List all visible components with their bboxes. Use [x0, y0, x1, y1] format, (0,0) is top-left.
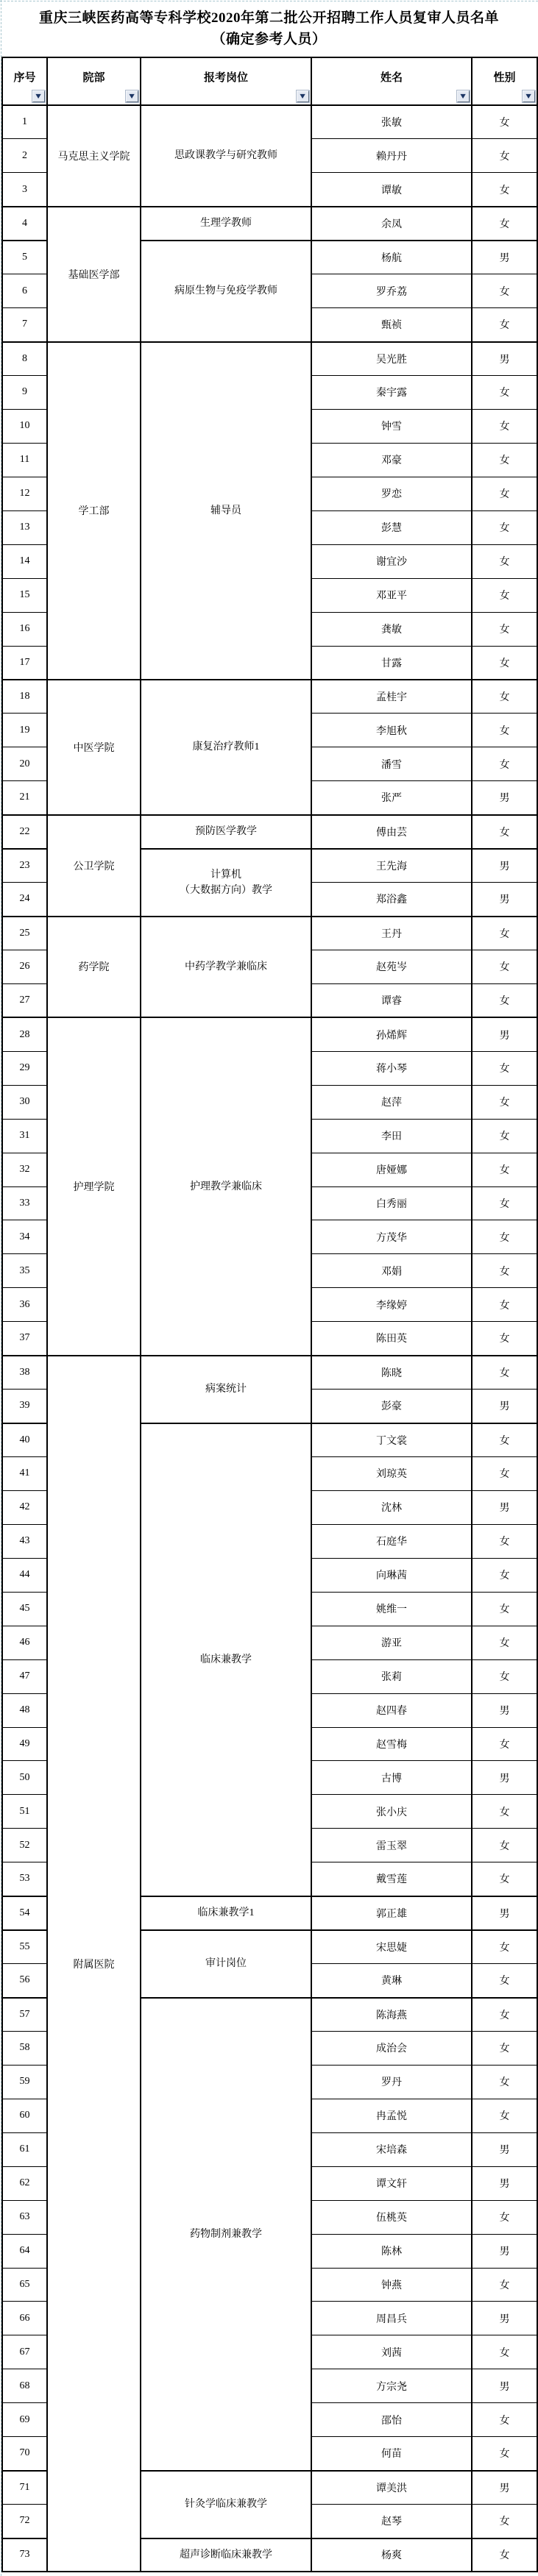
row-number-cell[interactable]: 37: [2, 1322, 47, 1356]
row-number-cell[interactable]: 57: [2, 1998, 47, 2032]
name-cell[interactable]: 张小庆: [311, 1795, 472, 1829]
row-number-cell[interactable]: 70: [2, 2437, 47, 2471]
gender-cell[interactable]: 女: [472, 1356, 537, 1390]
position-cell[interactable]: 超声诊断临床兼教学: [141, 2538, 311, 2572]
gender-cell[interactable]: 女: [472, 1558, 537, 1592]
department-cell[interactable]: 药学院: [47, 917, 141, 1018]
name-cell[interactable]: 邓亚平: [311, 578, 472, 612]
row-number-cell[interactable]: 29: [2, 1051, 47, 1085]
name-cell[interactable]: 何苗: [311, 2437, 472, 2471]
gender-cell[interactable]: 女: [472, 1626, 537, 1659]
gender-cell[interactable]: 女: [472, 917, 537, 950]
row-number-cell[interactable]: 26: [2, 950, 47, 983]
name-cell[interactable]: 李旭秋: [311, 714, 472, 747]
row-number-cell[interactable]: 13: [2, 510, 47, 544]
column-header-label: 院部: [48, 69, 140, 85]
name-cell[interactable]: 成治会: [311, 2031, 472, 2065]
name-cell[interactable]: 游亚: [311, 1626, 472, 1659]
name-cell[interactable]: 罗恋: [311, 477, 472, 510]
name-cell[interactable]: 王丹: [311, 917, 472, 950]
gender-cell[interactable]: 男: [472, 781, 537, 815]
row-number-cell[interactable]: 60: [2, 2099, 47, 2132]
gender-cell[interactable]: 女: [472, 2031, 537, 2065]
row-number-cell[interactable]: 3: [2, 173, 47, 207]
position-cell[interactable]: 临床兼教学1: [141, 1896, 311, 1930]
row-number-cell[interactable]: 21: [2, 781, 47, 815]
gender-cell[interactable]: 女: [472, 105, 537, 139]
gender-cell[interactable]: 女: [472, 2538, 537, 2572]
column-header-label: 序号: [3, 69, 46, 85]
row-number-cell[interactable]: 42: [2, 1490, 47, 1524]
position-cell[interactable]: 临床兼教学: [141, 1423, 311, 1896]
gender-cell[interactable]: 男: [472, 1896, 537, 1930]
roster-table-body: 1马克思主义学院思政课教学与研究教师张敏女2赖丹丹女3谭敏女4基础医学部生理学教…: [2, 105, 537, 2572]
filter-button-position[interactable]: ▼: [297, 90, 309, 102]
gender-cell[interactable]: 女: [472, 680, 537, 714]
gender-cell[interactable]: 女: [472, 1322, 537, 1356]
name-cell[interactable]: 孟桂宇: [311, 680, 472, 714]
row-number-cell[interactable]: 55: [2, 1930, 47, 1964]
row-number-cell[interactable]: 10: [2, 409, 47, 443]
name-cell[interactable]: 冉孟悦: [311, 2099, 472, 2132]
row-number-cell[interactable]: 9: [2, 376, 47, 410]
gender-cell[interactable]: 女: [472, 376, 537, 410]
row-number-cell[interactable]: 61: [2, 2132, 47, 2166]
row-number-cell[interactable]: 6: [2, 274, 47, 308]
filter-dropdown-icon: ▼: [526, 93, 531, 99]
name-cell[interactable]: 邓娟: [311, 1254, 472, 1288]
name-cell[interactable]: 彭慧: [311, 510, 472, 544]
gender-cell[interactable]: 女: [472, 747, 537, 781]
table-row: 25药学院中药学教学兼临床王丹女: [2, 917, 537, 950]
column-header-no: 序号▼: [2, 57, 47, 105]
gender-cell[interactable]: 男: [472, 883, 537, 917]
name-cell[interactable]: 陈海燕: [311, 1998, 472, 2032]
row-number-cell[interactable]: 18: [2, 680, 47, 714]
gender-cell[interactable]: 女: [472, 815, 537, 849]
gender-cell[interactable]: 女: [472, 2335, 537, 2369]
name-cell[interactable]: 丁文裳: [311, 1423, 472, 1457]
row-number-cell[interactable]: 32: [2, 1153, 47, 1186]
gender-cell[interactable]: 女: [472, 477, 537, 510]
column-header-gender: 性别▼: [472, 57, 537, 105]
name-cell[interactable]: 甘露: [311, 646, 472, 680]
position-cell[interactable]: 审计岗位: [141, 1930, 311, 1998]
roster-table: 序号▼院部▼报考岗位▼姓名▼性别▼ 1马克思主义学院思政课教学与研究教师张敏女2…: [1, 57, 538, 2572]
gender-cell[interactable]: 女: [472, 1119, 537, 1153]
department-cell[interactable]: 学工部: [47, 342, 141, 680]
name-cell[interactable]: 李田: [311, 1119, 472, 1153]
position-cell[interactable]: 病原生物与免疫学教师: [141, 241, 311, 342]
name-cell[interactable]: 唐娅娜: [311, 1153, 472, 1186]
name-cell[interactable]: 张莉: [311, 1659, 472, 1693]
position-cell[interactable]: 针灸学临床兼教学: [141, 2471, 311, 2538]
gender-cell[interactable]: 女: [472, 544, 537, 578]
row-number-cell[interactable]: 20: [2, 747, 47, 781]
gender-cell[interactable]: 男: [472, 2369, 537, 2403]
row-number-cell[interactable]: 16: [2, 612, 47, 646]
name-cell[interactable]: 陈林: [311, 2234, 472, 2268]
name-cell[interactable]: 潘雪: [311, 747, 472, 781]
filter-button-department[interactable]: ▼: [126, 90, 138, 102]
position-cell[interactable]: 护理教学兼临床: [141, 1017, 311, 1355]
name-cell[interactable]: 刘茜: [311, 2335, 472, 2369]
gender-cell[interactable]: 女: [472, 1186, 537, 1220]
gender-cell[interactable]: 女: [472, 612, 537, 646]
position-cell[interactable]: 生理学教师: [141, 207, 311, 241]
gender-cell[interactable]: 男: [472, 1693, 537, 1727]
row-number-cell[interactable]: 48: [2, 1693, 47, 1727]
gender-cell[interactable]: 女: [472, 2200, 537, 2234]
row-number-cell[interactable]: 8: [2, 342, 47, 376]
filter-button-no[interactable]: ▼: [32, 90, 45, 102]
name-cell[interactable]: 罗乔荔: [311, 274, 472, 308]
department-cell[interactable]: 公卫学院: [47, 815, 141, 917]
gender-cell[interactable]: 女: [472, 409, 537, 443]
name-cell[interactable]: 宋培森: [311, 2132, 472, 2166]
table-row: 38附属医院病案统计陈晓女: [2, 1356, 537, 1390]
row-number-cell[interactable]: 66: [2, 2302, 47, 2335]
gender-cell[interactable]: 女: [472, 2403, 537, 2437]
header-row: 序号▼院部▼报考岗位▼姓名▼性别▼: [2, 57, 537, 105]
name-cell[interactable]: 赵雪梅: [311, 1727, 472, 1761]
row-number-cell[interactable]: 7: [2, 308, 47, 342]
name-cell[interactable]: 谢宜沙: [311, 544, 472, 578]
row-number-cell[interactable]: 11: [2, 443, 47, 477]
gender-cell[interactable]: 女: [472, 2065, 537, 2099]
row-number-cell[interactable]: 1: [2, 105, 47, 139]
gender-cell[interactable]: 女: [472, 1220, 537, 1254]
gender-cell[interactable]: 女: [472, 1524, 537, 1558]
row-number-cell[interactable]: 34: [2, 1220, 47, 1254]
row-number-cell[interactable]: 52: [2, 1829, 47, 1862]
gender-cell[interactable]: 男: [472, 1761, 537, 1795]
name-cell[interactable]: 方宗尧: [311, 2369, 472, 2403]
name-cell[interactable]: 邓豪: [311, 443, 472, 477]
column-header-department: 院部▼: [47, 57, 141, 105]
name-cell[interactable]: 姚维一: [311, 1592, 472, 1626]
gender-cell[interactable]: 女: [472, 173, 537, 207]
column-header-name: 姓名▼: [311, 57, 472, 105]
name-cell[interactable]: 伍桃英: [311, 2200, 472, 2234]
gender-cell[interactable]: 女: [472, 443, 537, 477]
name-cell[interactable]: 孙烯辉: [311, 1017, 472, 1051]
column-header-label: 报考岗位: [141, 69, 311, 85]
name-cell[interactable]: 古博: [311, 1761, 472, 1795]
filter-button-name[interactable]: ▼: [457, 90, 470, 102]
row-number-cell[interactable]: 35: [2, 1254, 47, 1288]
department-cell[interactable]: 马克思主义学院: [47, 105, 141, 207]
row-number-cell[interactable]: 68: [2, 2369, 47, 2403]
row-number-cell[interactable]: 4: [2, 207, 47, 241]
row-number-cell[interactable]: 14: [2, 544, 47, 578]
gender-cell[interactable]: 女: [472, 2099, 537, 2132]
position-cell[interactable]: 康复治疗教师1: [141, 680, 311, 815]
table-row: 18中医学院康复治疗教师1孟桂宇女: [2, 680, 537, 714]
row-number-cell[interactable]: 47: [2, 1659, 47, 1693]
name-cell[interactable]: 谭文轩: [311, 2166, 472, 2200]
position-cell[interactable]: 计算机 （大数据方向）教学: [141, 849, 311, 917]
name-cell[interactable]: 杨爽: [311, 2538, 472, 2572]
name-cell[interactable]: 余凤: [311, 207, 472, 241]
gender-cell[interactable]: 女: [472, 1153, 537, 1186]
name-cell[interactable]: 吴光胜: [311, 342, 472, 376]
row-number-cell[interactable]: 27: [2, 983, 47, 1017]
row-number-cell[interactable]: 58: [2, 2031, 47, 2065]
gender-cell[interactable]: 女: [472, 1085, 537, 1119]
position-cell[interactable]: 辅导员: [141, 342, 311, 680]
name-cell[interactable]: 谭睿: [311, 983, 472, 1017]
row-number-cell[interactable]: 36: [2, 1288, 47, 1322]
gender-cell[interactable]: 女: [472, 714, 537, 747]
row-number-cell[interactable]: 30: [2, 1085, 47, 1119]
gender-cell[interactable]: 女: [472, 1930, 537, 1964]
filter-dropdown-icon: ▼: [300, 93, 305, 99]
row-number-cell[interactable]: 65: [2, 2268, 47, 2302]
row-number-cell[interactable]: 5: [2, 241, 47, 274]
gender-cell[interactable]: 女: [472, 139, 537, 173]
name-cell[interactable]: 戴雪莲: [311, 1862, 472, 1896]
row-number-cell[interactable]: 46: [2, 1626, 47, 1659]
department-cell[interactable]: 附属医院: [47, 1356, 141, 2572]
gender-cell[interactable]: 男: [472, 241, 537, 274]
gender-cell[interactable]: 男: [472, 1490, 537, 1524]
page-title-line2: （确定参考人员）: [0, 29, 538, 50]
gender-cell[interactable]: 女: [472, 1659, 537, 1693]
name-cell[interactable]: 傅由芸: [311, 815, 472, 849]
name-cell[interactable]: 赵萍: [311, 1085, 472, 1119]
gender-cell[interactable]: 女: [472, 1795, 537, 1829]
gender-cell[interactable]: 女: [472, 1423, 537, 1457]
name-cell[interactable]: 谭敏: [311, 173, 472, 207]
row-number-cell[interactable]: 59: [2, 2065, 47, 2099]
name-cell[interactable]: 石庭华: [311, 1524, 472, 1558]
name-cell[interactable]: 钟燕: [311, 2268, 472, 2302]
gender-cell[interactable]: 女: [472, 1457, 537, 1491]
row-number-cell[interactable]: 19: [2, 714, 47, 747]
row-number-cell[interactable]: 54: [2, 1896, 47, 1930]
gender-cell[interactable]: 女: [472, 1592, 537, 1626]
row-number-cell[interactable]: 49: [2, 1727, 47, 1761]
gender-cell[interactable]: 女: [472, 2505, 537, 2538]
row-number-cell[interactable]: 62: [2, 2166, 47, 2200]
name-cell[interactable]: 张敏: [311, 105, 472, 139]
gender-cell[interactable]: 女: [472, 983, 537, 1017]
name-cell[interactable]: 彭豪: [311, 1390, 472, 1423]
gender-cell[interactable]: 女: [472, 1964, 537, 1998]
name-cell[interactable]: 向琳茜: [311, 1558, 472, 1592]
page-title: 重庆三峡医药高等专科学校2020年第二批公开招聘工作人员复审人员名单 （确定参考…: [0, 7, 538, 51]
row-number-cell[interactable]: 25: [2, 917, 47, 950]
page-break-guide-top: [0, 1, 538, 1]
name-cell[interactable]: 邵怡: [311, 2403, 472, 2437]
name-cell[interactable]: 李缘婷: [311, 1288, 472, 1322]
row-number-cell[interactable]: 44: [2, 1558, 47, 1592]
gender-cell[interactable]: 女: [472, 1727, 537, 1761]
gender-cell[interactable]: 男: [472, 342, 537, 376]
position-cell[interactable]: 思政课教学与研究教师: [141, 105, 311, 207]
row-number-cell[interactable]: 31: [2, 1119, 47, 1153]
gender-cell[interactable]: 女: [472, 308, 537, 342]
filter-dropdown-icon: ▼: [461, 93, 466, 99]
name-cell[interactable]: 刘琼英: [311, 1457, 472, 1491]
gender-cell[interactable]: 女: [472, 1998, 537, 2032]
name-cell[interactable]: 赖丹丹: [311, 139, 472, 173]
gender-cell[interactable]: 男: [472, 1390, 537, 1423]
gender-cell[interactable]: 女: [472, 1829, 537, 1862]
row-number-cell[interactable]: 23: [2, 849, 47, 883]
name-cell[interactable]: 赵四春: [311, 1693, 472, 1727]
table-row: 8学工部辅导员吴光胜男: [2, 342, 537, 376]
column-header-label: 姓名: [312, 69, 471, 85]
name-cell[interactable]: 张严: [311, 781, 472, 815]
gender-cell[interactable]: 女: [472, 1862, 537, 1896]
gender-cell[interactable]: 女: [472, 510, 537, 544]
name-cell[interactable]: 陈田英: [311, 1322, 472, 1356]
position-cell[interactable]: 药物制剂兼教学: [141, 1998, 311, 2471]
name-cell[interactable]: 甄祯: [311, 308, 472, 342]
name-cell[interactable]: 钟雪: [311, 409, 472, 443]
row-number-cell[interactable]: 12: [2, 477, 47, 510]
row-number-cell[interactable]: 64: [2, 2234, 47, 2268]
column-header-position: 报考岗位▼: [141, 57, 311, 105]
name-cell[interactable]: 赵琴: [311, 2505, 472, 2538]
name-cell[interactable]: 郑浴鑫: [311, 883, 472, 917]
gender-cell[interactable]: 女: [472, 1051, 537, 1085]
row-number-cell[interactable]: 67: [2, 2335, 47, 2369]
gender-cell[interactable]: 女: [472, 578, 537, 612]
position-cell[interactable]: 预防医学教学: [141, 815, 311, 849]
department-cell[interactable]: 中医学院: [47, 680, 141, 815]
gender-cell[interactable]: 女: [472, 950, 537, 983]
row-number-cell[interactable]: 2: [2, 139, 47, 173]
name-cell[interactable]: 郭正雄: [311, 1896, 472, 1930]
row-number-cell[interactable]: 69: [2, 2403, 47, 2437]
name-cell[interactable]: 罗丹: [311, 2065, 472, 2099]
gender-cell[interactable]: 女: [472, 2268, 537, 2302]
page-title-line1: 重庆三峡医药高等专科学校2020年第二批公开招聘工作人员复审人员名单: [0, 7, 538, 29]
name-cell[interactable]: 王先海: [311, 849, 472, 883]
name-cell[interactable]: 白秀丽: [311, 1186, 472, 1220]
spreadsheet-page: 重庆三峡医药高等专科学校2020年第二批公开招聘工作人员复审人员名单 （确定参考…: [0, 0, 538, 2576]
position-cell[interactable]: 中药学教学兼临床: [141, 917, 311, 1018]
filter-button-gender[interactable]: ▼: [523, 90, 535, 102]
gender-cell[interactable]: 男: [472, 1017, 537, 1051]
column-header-label: 性别: [472, 69, 537, 85]
row-number-cell[interactable]: 38: [2, 1356, 47, 1390]
table-row: 28护理学院护理教学兼临床孙烯辉男: [2, 1017, 537, 1051]
department-cell[interactable]: 基础医学部: [47, 207, 141, 342]
row-number-cell[interactable]: 43: [2, 1524, 47, 1558]
name-cell[interactable]: 龚敏: [311, 612, 472, 646]
gender-cell[interactable]: 男: [472, 2302, 537, 2335]
row-number-cell[interactable]: 45: [2, 1592, 47, 1626]
row-number-cell[interactable]: 15: [2, 578, 47, 612]
name-cell[interactable]: 沈林: [311, 1490, 472, 1524]
name-cell[interactable]: 雷玉翠: [311, 1829, 472, 1862]
name-cell[interactable]: 周昌兵: [311, 2302, 472, 2335]
name-cell[interactable]: 秦宇露: [311, 376, 472, 410]
table-row: 22公卫学院预防医学教学傅由芸女: [2, 815, 537, 849]
row-number-cell[interactable]: 53: [2, 1862, 47, 1896]
gender-cell[interactable]: 男: [472, 2132, 537, 2166]
name-cell[interactable]: 方茂华: [311, 1220, 472, 1254]
row-number-cell[interactable]: 51: [2, 1795, 47, 1829]
name-cell[interactable]: 黄琳: [311, 1964, 472, 1998]
table-row: 1马克思主义学院思政课教学与研究教师张敏女: [2, 105, 537, 139]
row-number-cell[interactable]: 73: [2, 2538, 47, 2572]
gender-cell[interactable]: 女: [472, 2437, 537, 2471]
position-cell[interactable]: 病案统计: [141, 1356, 311, 1423]
gender-cell[interactable]: 女: [472, 207, 537, 241]
table-row: 4基础医学部生理学教师余凤女: [2, 207, 537, 241]
name-cell[interactable]: 赵苑岑: [311, 950, 472, 983]
row-number-cell[interactable]: 17: [2, 646, 47, 680]
row-number-cell[interactable]: 28: [2, 1017, 47, 1051]
gender-cell[interactable]: 女: [472, 1254, 537, 1288]
filter-dropdown-icon: ▼: [130, 93, 135, 99]
row-number-cell[interactable]: 33: [2, 1186, 47, 1220]
row-number-cell[interactable]: 63: [2, 2200, 47, 2234]
row-number-cell[interactable]: 41: [2, 1457, 47, 1491]
row-number-cell[interactable]: 39: [2, 1390, 47, 1423]
row-number-cell[interactable]: 56: [2, 1964, 47, 1998]
department-cell[interactable]: 护理学院: [47, 1017, 141, 1355]
name-cell[interactable]: 蒋小琴: [311, 1051, 472, 1085]
gender-cell[interactable]: 男: [472, 2166, 537, 2200]
gender-cell[interactable]: 男: [472, 2234, 537, 2268]
row-number-cell[interactable]: 40: [2, 1423, 47, 1457]
row-number-cell[interactable]: 50: [2, 1761, 47, 1795]
gender-cell[interactable]: 女: [472, 274, 537, 308]
name-cell[interactable]: 宋思婕: [311, 1930, 472, 1964]
row-number-cell[interactable]: 72: [2, 2505, 47, 2538]
gender-cell[interactable]: 男: [472, 849, 537, 883]
filter-dropdown-icon: ▼: [36, 93, 41, 99]
gender-cell[interactable]: 男: [472, 2471, 537, 2505]
name-cell[interactable]: 杨航: [311, 241, 472, 274]
row-number-cell[interactable]: 22: [2, 815, 47, 849]
row-number-cell[interactable]: 24: [2, 883, 47, 917]
row-number-cell[interactable]: 71: [2, 2471, 47, 2505]
gender-cell[interactable]: 女: [472, 1288, 537, 1322]
gender-cell[interactable]: 女: [472, 646, 537, 680]
name-cell[interactable]: 陈晓: [311, 1356, 472, 1390]
name-cell[interactable]: 谭美洪: [311, 2471, 472, 2505]
